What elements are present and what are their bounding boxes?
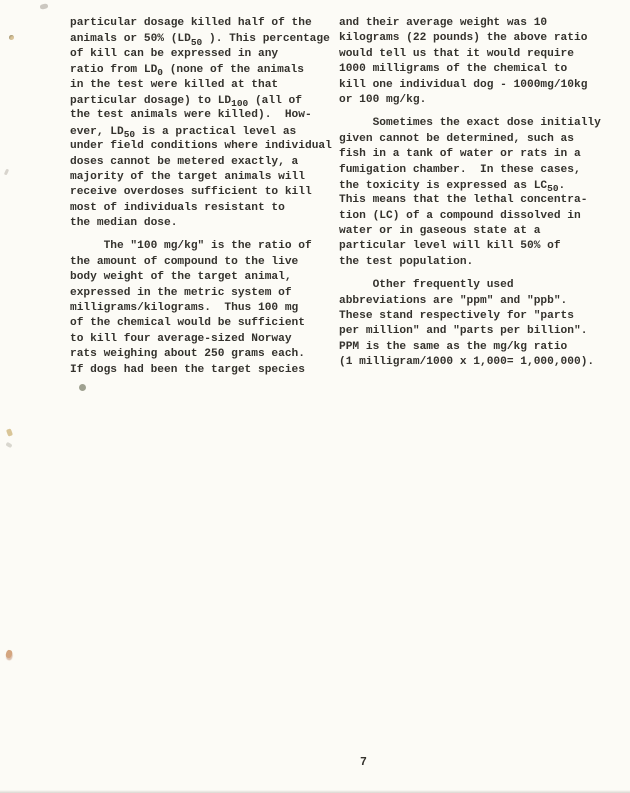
text-line: given cannot be determined, such as xyxy=(339,132,601,147)
text-line: under field conditions where individual xyxy=(70,139,332,154)
text-line: fish in a tank of water or rats in a xyxy=(339,147,601,162)
text-line: milligrams/kilograms. Thus 100 mg xyxy=(70,301,332,316)
text-line: the test animals were killed). How- xyxy=(70,108,332,123)
scan-speck xyxy=(79,384,86,391)
text-line: abbreviations are "ppm" and "ppb". xyxy=(339,294,601,309)
paragraph: and their average weight was 10kilograms… xyxy=(339,16,601,108)
text-line: rats weighing about 250 grams each. xyxy=(70,347,332,362)
text-line: particular level will kill 50% of xyxy=(339,239,601,254)
text-line: The "100 mg/kg" is the ratio of xyxy=(70,239,332,254)
text-line: doses cannot be metered exactly, a xyxy=(70,155,332,170)
text-line: These stand respectively for "parts xyxy=(339,309,601,324)
text-line: body weight of the target animal, xyxy=(70,270,332,285)
scan-speck xyxy=(5,649,13,658)
text-line: the test population. xyxy=(339,255,601,270)
text-line: receive overdoses sufficient to kill xyxy=(70,185,332,200)
text-line: to kill four average-sized Norway xyxy=(70,332,332,347)
text-line: This means that the lethal concentra- xyxy=(339,193,601,208)
text-line: tion (LC) of a compound dissolved in xyxy=(339,209,601,224)
scan-speck xyxy=(6,428,13,436)
scan-speck xyxy=(5,442,12,448)
document-page: particular dosage killed half of theanim… xyxy=(0,0,630,793)
text-line: would tell us that it would require xyxy=(339,47,601,62)
text-line: 1000 milligrams of the chemical to xyxy=(339,62,601,77)
text-line: particular dosage killed half of the xyxy=(70,16,332,31)
text-line: the amount of compound to the live xyxy=(70,255,332,270)
page-number: 7 xyxy=(360,756,367,769)
paragraph: Other frequently usedabbreviations are "… xyxy=(339,278,601,370)
text-line: in the test were killed at that xyxy=(70,78,332,93)
text-line: fumigation chamber. In these cases, xyxy=(339,163,601,178)
text-line: of the chemical would be sufficient xyxy=(70,316,332,331)
paragraph: particular dosage killed half of theanim… xyxy=(70,16,332,231)
text-line: kill one individual dog - 1000mg/10kg xyxy=(339,78,601,93)
paragraph: The "100 mg/kg" is the ratio ofthe amoun… xyxy=(70,239,332,378)
text-line: and their average weight was 10 xyxy=(339,16,601,31)
text-line: of kill can be expressed in any xyxy=(70,47,332,62)
text-line: Other frequently used xyxy=(339,278,601,293)
text-line: the toxicity is expressed as LC50. xyxy=(339,178,601,193)
text-line: the median dose. xyxy=(70,216,332,231)
text-line: ever, LD50 is a practical level as xyxy=(70,124,332,139)
text-line: animals or 50% (LD50 ). This percentage xyxy=(70,31,332,46)
scan-speck xyxy=(4,169,9,176)
column-left: particular dosage killed half of theanim… xyxy=(70,16,332,378)
column-right: and their average weight was 10kilograms… xyxy=(339,16,601,371)
text-line: or 100 mg/kg. xyxy=(339,93,601,108)
text-line: most of individuals resistant to xyxy=(70,201,332,216)
text-line: Sometimes the exact dose initially xyxy=(339,116,601,131)
scan-speck xyxy=(40,3,49,10)
text-line: (1 milligram/1000 x 1,000= 1,000,000). xyxy=(339,355,601,370)
text-line: PPM is the same as the mg/kg ratio xyxy=(339,340,601,355)
text-line: per million" and "parts per billion". xyxy=(339,324,601,339)
text-line: water or in gaseous state at a xyxy=(339,224,601,239)
text-line: particular dosage) to LD100 (all of xyxy=(70,93,332,108)
scan-speck xyxy=(9,35,14,40)
text-line: expressed in the metric system of xyxy=(70,286,332,301)
text-line: majority of the target animals will xyxy=(70,170,332,185)
paragraph: Sometimes the exact dose initiallygiven … xyxy=(339,116,601,270)
text-line: If dogs had been the target species xyxy=(70,363,332,378)
text-line: ratio from LD0 (none of the animals xyxy=(70,62,332,77)
text-line: kilograms (22 pounds) the above ratio xyxy=(339,31,601,46)
